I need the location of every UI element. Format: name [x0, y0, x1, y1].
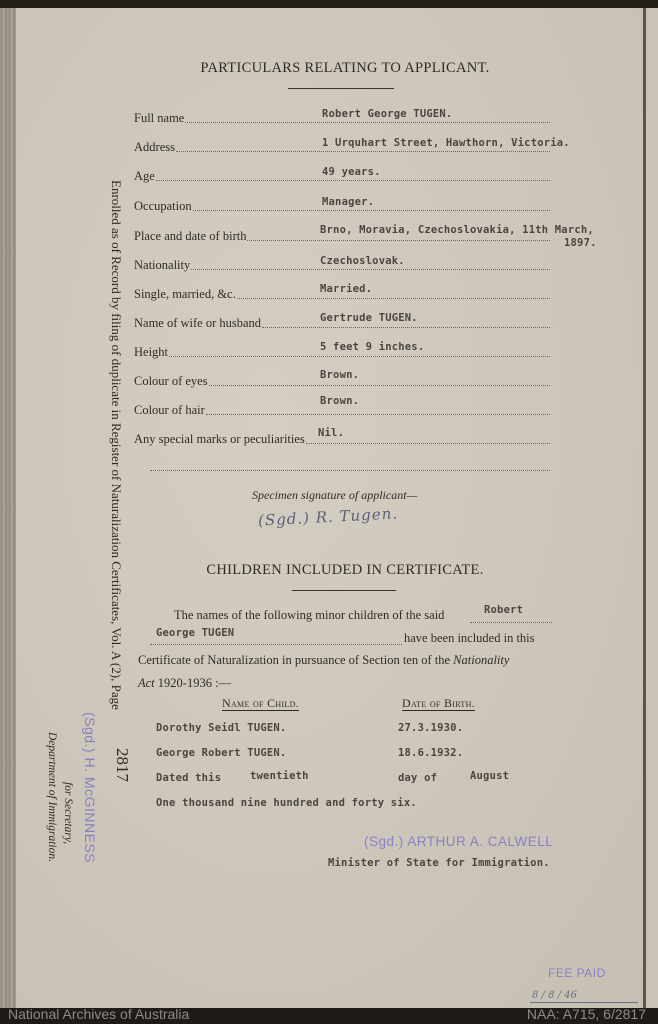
children-title-rule	[292, 590, 396, 591]
fee-date-line	[530, 1002, 638, 1003]
field-value: Brown.	[320, 395, 359, 407]
field-value: Brno, Moravia, Czechoslovakia, 11th Marc…	[320, 224, 594, 236]
dotted-leader	[156, 180, 550, 181]
dotted-leader	[206, 414, 550, 415]
child-dob: 27.3.1930.	[398, 722, 463, 734]
dated-prefix: Dated this	[156, 772, 221, 784]
intro-text: The names of the following minor childre…	[174, 608, 444, 622]
act-name: Nationality	[453, 653, 509, 667]
children-intro-line1: The names of the following minor childre…	[174, 608, 444, 623]
secretary-signature-stamp: (Sgd.) H. McGINNESS	[82, 712, 98, 863]
dotted-leader	[191, 269, 550, 270]
field-value: 49 years.	[322, 166, 381, 178]
dotted-leader	[193, 210, 550, 211]
field-value: Czechoslovak.	[320, 255, 405, 267]
dotted-leader	[169, 356, 550, 357]
child-dob: 18.6.1932.	[398, 747, 463, 759]
field-label: Single, married, &c.	[134, 287, 236, 302]
fee-paid-stamp: FEE PAID	[548, 966, 606, 980]
signature-caption: Specimen signature of applicant—	[252, 488, 417, 503]
field-label: Age	[134, 169, 155, 184]
scan-top-edge	[0, 0, 658, 8]
title-rule	[288, 88, 394, 89]
next-page-edge	[646, 8, 658, 1008]
book-binding	[0, 8, 16, 1008]
dotted-leader	[185, 122, 550, 123]
column-header-dob: Date of Birth.	[402, 696, 475, 711]
dotted-leader	[247, 240, 550, 241]
field-value: Manager.	[322, 196, 374, 208]
minister-title: Minister of State for Immigration.	[328, 857, 550, 869]
dated-day: twentieth	[250, 770, 309, 782]
field-value: Brown.	[320, 369, 359, 381]
children-section-title: CHILDREN INCLUDED IN CERTIFICATE.	[130, 562, 560, 579]
field-label: Colour of hair	[134, 403, 205, 418]
archive-reference: NAA: A715, 6/2817	[527, 1006, 646, 1022]
dated-year: One thousand nine hundred and forty six.	[156, 797, 417, 809]
field-label: Occupation	[134, 199, 192, 214]
children-intro-line4: Act 1920-1936 :—	[138, 676, 231, 691]
dotted-leader	[470, 622, 552, 623]
secretary-line1: for Secretary,	[62, 782, 74, 844]
column-header-name: Name of Child.	[222, 696, 299, 711]
field-value: Gertrude TUGEN.	[320, 312, 418, 324]
dotted-leader	[150, 644, 402, 645]
dotted-leader	[176, 151, 550, 152]
field-label: Any special marks or peculiarities	[134, 432, 305, 447]
child-name: George Robert TUGEN.	[156, 747, 286, 759]
dated-mid: day of	[398, 772, 437, 784]
parent-name-line2: George TUGEN	[156, 627, 234, 639]
act-years: 1920-1936 :—	[158, 676, 231, 690]
field-label: Colour of eyes	[134, 374, 208, 389]
field-value: Married.	[320, 283, 372, 295]
act-name: Act	[138, 676, 155, 690]
field-value: Robert George TUGEN.	[322, 108, 452, 120]
field-label: Nationality	[134, 258, 190, 273]
intro-text: Certificate of Naturalization in pursuan…	[138, 653, 450, 667]
field-label: Name of wife or husband	[134, 316, 261, 331]
dotted-leader	[306, 443, 550, 444]
secretary-line2: Department of Immigration.	[46, 732, 58, 862]
minister-signature-stamp: (Sgd.) ARTHUR A. CALWELL	[364, 834, 553, 849]
blank-dotted-line	[150, 470, 550, 471]
field-value-line2: 1897.	[564, 237, 597, 249]
child-name: Dorothy Seidl TUGEN.	[156, 722, 286, 734]
dated-month: August	[470, 770, 509, 782]
register-page-number: 2817	[112, 748, 132, 782]
field-value: Nil.	[318, 427, 344, 439]
fee-paid-date: 8 / 8 / 46	[532, 990, 577, 1001]
dotted-leader	[237, 298, 550, 299]
field-label: Address	[134, 140, 175, 155]
intro-text: have been included in this	[404, 631, 535, 646]
children-intro-line3: Certificate of Naturalization in pursuan…	[138, 653, 509, 668]
field-value: 1 Urquhart Street, Hawthorn, Victoria.	[322, 137, 570, 149]
field-label: Full name	[134, 111, 184, 126]
field-value: 5 feet 9 inches.	[320, 341, 424, 353]
dotted-leader	[209, 385, 550, 386]
archive-watermark: National Archives of Australia	[8, 1006, 189, 1022]
field-label: Height	[134, 345, 168, 360]
dotted-leader	[262, 327, 550, 328]
field-label: Place and date of birth	[134, 229, 246, 244]
parent-name-line1: Robert	[484, 604, 523, 616]
section-title: PARTICULARS RELATING TO APPLICANT.	[130, 60, 560, 77]
